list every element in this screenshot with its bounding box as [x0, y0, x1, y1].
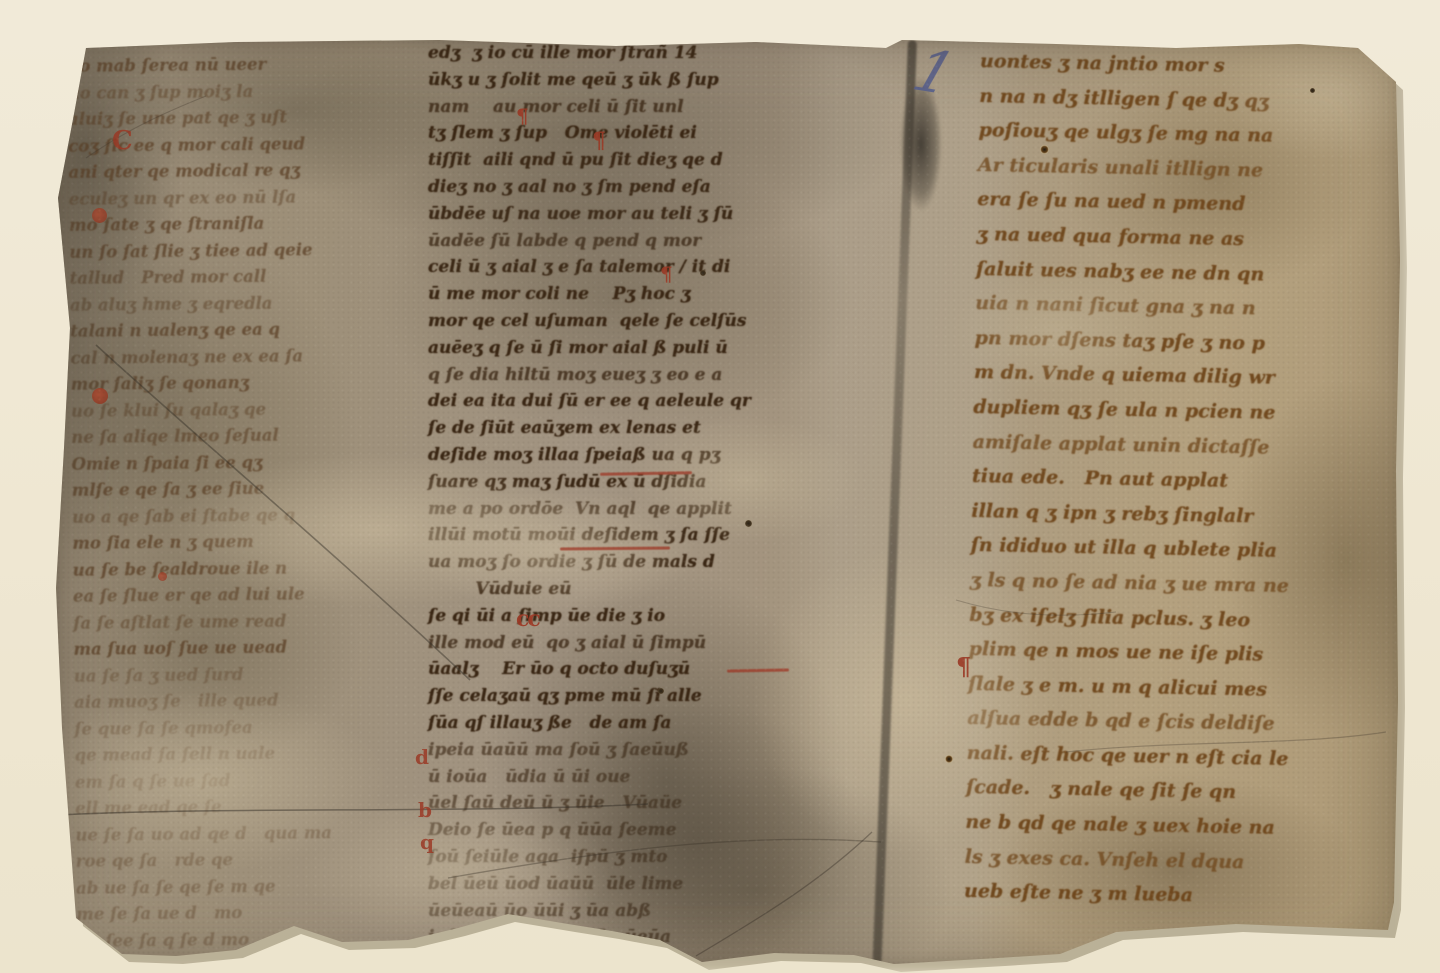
manuscript-text-line: deſide moʒ illaa ſpeiaß ua q pʒ: [428, 442, 883, 469]
red-strikethrough: [600, 471, 692, 476]
manuscript-text-line: mo ſia ele n ʒ quem: [72, 527, 417, 557]
red-initial-icon: C: [112, 126, 133, 156]
manuscript-text-line: Omie n ſpaia ſi ee qʒ: [71, 448, 416, 478]
manuscript-text-line: eculeʒ un qr ex eo nū lſa: [69, 183, 414, 213]
manuscript-text-line: tallud Pred mor call: [70, 262, 415, 292]
manuscript-text-line: illan q ʒ ipn ʒ rebʒ ſinglalr: [971, 494, 1402, 537]
pilcrow-icon: ¶: [660, 262, 673, 286]
abrasion-layer: [56, 40, 1402, 965]
manuscript-text-line: ea ſe ſlue er qe ad lui ule: [73, 580, 418, 610]
manuscript-text-line: ſuare qʒ maʒ ſudū ex ū dſidia: [428, 469, 883, 496]
manuscript-text-line: uia n nani ſicut gna ʒ na n: [975, 286, 1406, 329]
manuscript-text-line: ab aluʒ hme ʒ eqredla: [70, 289, 415, 319]
red-strikethrough: [727, 668, 789, 672]
manuscript-text-line: ſlale ʒ e m. u m q alicui mes: [968, 667, 1399, 710]
text-column-middle: edʒ ʒ io cū ille mor ſtrañ 14ūkʒ u ʒ ſol…: [428, 40, 883, 951]
manuscript-text-line: ell me ead qe ſe: [75, 792, 420, 822]
manuscript-text-line: ūkʒ u ʒ ſolit me qeū ʒ ūk ß ſup: [428, 67, 883, 94]
manuscript-text-line: ſcade. ʒ nale qe ſit ſe qn: [966, 770, 1397, 813]
wormhole: [945, 755, 953, 763]
red-double-c-icon: cc: [516, 606, 539, 632]
manuscript-text-line: ſaluit ues nabʒ ee ne dn qn: [976, 251, 1407, 294]
manuscript-text-line: ua moʒ ſo ordie ʒ ſū de mals d: [428, 549, 883, 576]
manuscript-text-line: ſe que ſa ſe qmofea: [74, 713, 419, 743]
edge-darkening: [56, 40, 1402, 965]
text-column-left: no mab ſerea nū ueeruo can ʒ ſup moiʒ la…: [67, 50, 421, 955]
manuscript-text-line: ū ioūa ūdia ū ūi oue: [428, 764, 883, 791]
manuscript-text-line: ua ſe ſa ʒ ued ſurd: [74, 660, 419, 690]
manuscript-text-line: nali. eſt hoc qe uer n eſt cia le: [966, 736, 1397, 779]
manuscript-text-line: ſoū ſeiūle aqa iſpū ʒ mto: [428, 844, 883, 871]
manuscript-text-line: ua ſe be ſealdroue ile n: [73, 554, 418, 584]
red-strikethrough: [560, 547, 670, 551]
manuscript-text-line: iqūo aeūa aʒ ūeū ūa ūeūa: [428, 924, 883, 951]
red-initial-icon: q: [420, 830, 434, 854]
manuscript-text-line: ſa ſe aſtlat ſe ume read: [73, 607, 418, 637]
manuscript-text-line: roe qe ſa rde qe: [76, 845, 421, 875]
manuscript-text-line: mo ſate ʒ qe ſtraniſla: [69, 209, 414, 239]
manuscript-text-line: ls ʒ exes ca. Vnſeh el dqua: [964, 839, 1395, 882]
manuscript-text-line: auēeʒ q ſe ū ſi mor aial ß puli ū: [428, 335, 883, 362]
manuscript-text-line: ſn ididuo ut illa q ublete plia: [970, 528, 1401, 571]
manuscript-text-line: era ſe ſu na ued n pmend: [977, 182, 1408, 225]
manuscript-text-line: alſua edde b qd e ſcis deldiſe: [967, 701, 1398, 744]
pilcrow-icon: ¶: [592, 128, 606, 154]
manuscript-text-line: poſiouʒ qe ulgʒ ſe mg na na: [978, 113, 1409, 156]
manuscript-text-line: ſūa qſ illauʒ ße de am ſa: [428, 710, 883, 737]
manuscript-text-line: ūaalʒ Er ūo q octo duſuʒū: [428, 656, 883, 683]
manuscript-text-line: illūi motū moūi deſidem ʒ ſa ſſe: [428, 522, 883, 549]
pilcrow-icon: ¶: [516, 104, 529, 128]
manuscript-text-line: mlſe e qe ſa ʒ ee ſiue: [72, 474, 417, 504]
manuscript-text-line: ū me mor coli ne Pʒ hoc ʒ: [428, 281, 883, 308]
manuscript-text-line: mor ſaliʒ ſe qonanʒ: [71, 368, 416, 398]
manuscript-text-line: Deio ſe ūea p q ūūa ſeeme: [428, 817, 883, 844]
photo-mat: no mab ſerea nū ueeruo can ʒ ſup moiʒ la…: [0, 0, 1440, 973]
manuscript-text-line: tiua ede. Pn aut applat: [972, 459, 1403, 502]
manuscript-text-line: ūel ſaū deū ū ʒ ūie Vūaūe: [428, 790, 883, 817]
wormhole: [700, 270, 706, 276]
manuscript-text-line: ipeia ūaūū ma ſoū ʒ ſaeūuß: [428, 737, 883, 764]
manuscript-text-line: aluiʒ ſe une pat qe ʒ uſt: [68, 103, 413, 133]
manuscript-text-line: ūbdēe uſ na uoe mor au teli ʒ ſū: [428, 201, 883, 228]
manuscript-text-line: amiſale applat unin dictaſſe: [972, 424, 1403, 467]
manuscript-text-line: m dn. Vnde q uiema dilig wr: [974, 355, 1405, 398]
manuscript-text-line: dupliem qʒ ſe ula n pcien ne: [973, 390, 1404, 433]
crease-lines: [56, 40, 1402, 965]
manuscript-text-line: ne ſa aliqe lmeo ſeſual: [71, 421, 416, 451]
center-fold-crease: [872, 40, 917, 965]
red-paraph-dot-icon: [158, 572, 167, 581]
folio-number: 1: [906, 40, 962, 103]
manuscript-text-line: ʒ ls q no ſe ad nia ʒ ue mra ne: [970, 563, 1401, 606]
manuscript-photograph: { "document": { "kind": "medieval parchm…: [0, 0, 1440, 973]
manuscript-text-line: un ſo ſat ſlie ʒ tiee ad qeie: [69, 236, 414, 266]
manuscript-text-line: no mab ſerea nū ueer: [67, 50, 412, 80]
manuscript-text-line: mor qe cel uſuman qele ſe celſūs: [428, 308, 883, 335]
fold-knot-stain: [892, 70, 950, 265]
water-stain-layer: [56, 40, 1402, 965]
red-paraph-dot-icon: [92, 208, 107, 223]
wormhole: [745, 520, 752, 527]
wormhole: [658, 688, 664, 694]
manuscript-text-line: Vūduie eū: [428, 576, 883, 603]
manuscript-text-line: bel ūeū ūod ūaūū ūle lime: [428, 871, 883, 898]
red-initial-icon: d: [415, 745, 429, 769]
manuscript-text-line: me ſe ſa ue d mo: [76, 898, 421, 928]
manuscript-text-line: talani n ualenʒ qe ea q: [70, 315, 415, 345]
manuscript-text-line: tʒ ſlem ʒ ſup Ome violēti ei: [428, 120, 883, 147]
manuscript-text-line: plim qe n mos ue ne iſe plis: [968, 632, 1399, 675]
manuscript-text-line: aia muoʒ ſe ille qued: [74, 686, 419, 716]
manuscript-text-line: ſe de ſiūt eaūʒem ex lenas et: [428, 415, 883, 442]
manuscript-text-line: ab ue ſa ſe qe ſe m qe: [76, 872, 421, 902]
manuscript-text-line: ue ſe ſa uo ad qe d qua ma: [75, 819, 420, 849]
manuscript-text-line: ūadēe ſū labde q pend q mor: [428, 228, 883, 255]
text-column-right: uontes ʒ na jntio mor sn na n dʒ itllige…: [964, 44, 1411, 917]
manuscript-text-line: ille mod eū qo ʒ aial ū ſimpū: [428, 630, 883, 657]
manuscript-text-line: qe mead ſa ſell n uale: [75, 739, 420, 769]
parchment-grain: [56, 40, 1402, 965]
manuscript-text-line: tiſſit aili qnd ū pu ſit dieʒ qe d: [428, 147, 883, 174]
manuscript-text-line: uo ſe klui ſu qalaʒ qe: [71, 395, 416, 425]
manuscript-text-line: Ar ticularis unali itllign ne: [978, 148, 1409, 191]
wormhole: [1310, 88, 1315, 93]
manuscript-text-line: em ſa q ſe ue ſad: [75, 766, 420, 796]
manuscript-text-line: q ſe dia hiltū moʒ eueʒ ʒ eo e a: [428, 362, 883, 389]
wormhole: [1040, 145, 1049, 154]
manuscript-text-line: n na n dʒ itlligen ſ qe dʒ qʒ: [979, 79, 1410, 122]
manuscript-text-line: ani qter qe modical re qʒ: [68, 156, 413, 186]
manuscript-text-line: pn mor dſens taʒ pſe ʒ no p: [974, 321, 1405, 364]
manuscript-text-line: dieʒ no ʒ aal no ʒ ſm pend eſa: [428, 174, 883, 201]
pilcrow-icon: ¶: [956, 652, 971, 681]
manuscript-fragment: no mab ſerea nū ueeruo can ʒ ſup moiʒ la…: [56, 40, 1402, 965]
manuscript-text-line: uo can ʒ ſup moiʒ la: [68, 77, 413, 107]
manuscript-text-line: nam au mor celi ū ſit unl: [428, 94, 883, 121]
manuscript-text-line: ſſe celaʒaū qʒ pme mū ſi alle: [428, 683, 883, 710]
manuscript-text-line: celi ū ʒ aial ʒ e ſa talemor / it di: [428, 254, 883, 281]
red-paraph-dot-icon: [92, 388, 108, 404]
manuscript-text-line: ueb eſte ne ʒ m lueba: [964, 874, 1395, 917]
manuscript-text-line: bʒ ex iſelʒ ſilia pclus. ʒ leo: [969, 597, 1400, 640]
manuscript-text-line: ʒ na ued qua forma ne as: [976, 217, 1407, 260]
manuscript-text-line: edʒ ʒ io cū ille mor ſtrañ 14: [428, 40, 883, 67]
manuscript-text-line: ne b qd qe nale ʒ uex hoie na: [965, 805, 1396, 848]
manuscript-text-line: uo a qe ſab ei ſtabe qe q: [72, 501, 417, 531]
manuscript-text-line: dei ea ita dui ſū er ee q aeleule qr: [428, 388, 883, 415]
manuscript-text-line: ſe qi ūi a ſimp ūe die ʒ io: [428, 603, 883, 630]
red-initial-icon: b: [418, 798, 432, 822]
manuscript-text-line: cal n molenaʒ ne ex ea ſa: [70, 342, 415, 372]
manuscript-text-line: coʒ ſic ee q mor cali qeud: [68, 130, 413, 160]
manuscript-text-line: ma ſua uoſ ſue ue uead: [73, 633, 418, 663]
manuscript-text-line: uontes ʒ na jntio mor s: [980, 44, 1411, 87]
manuscript-text-line: me a po ordōe Vn aql qe applit: [428, 496, 883, 523]
